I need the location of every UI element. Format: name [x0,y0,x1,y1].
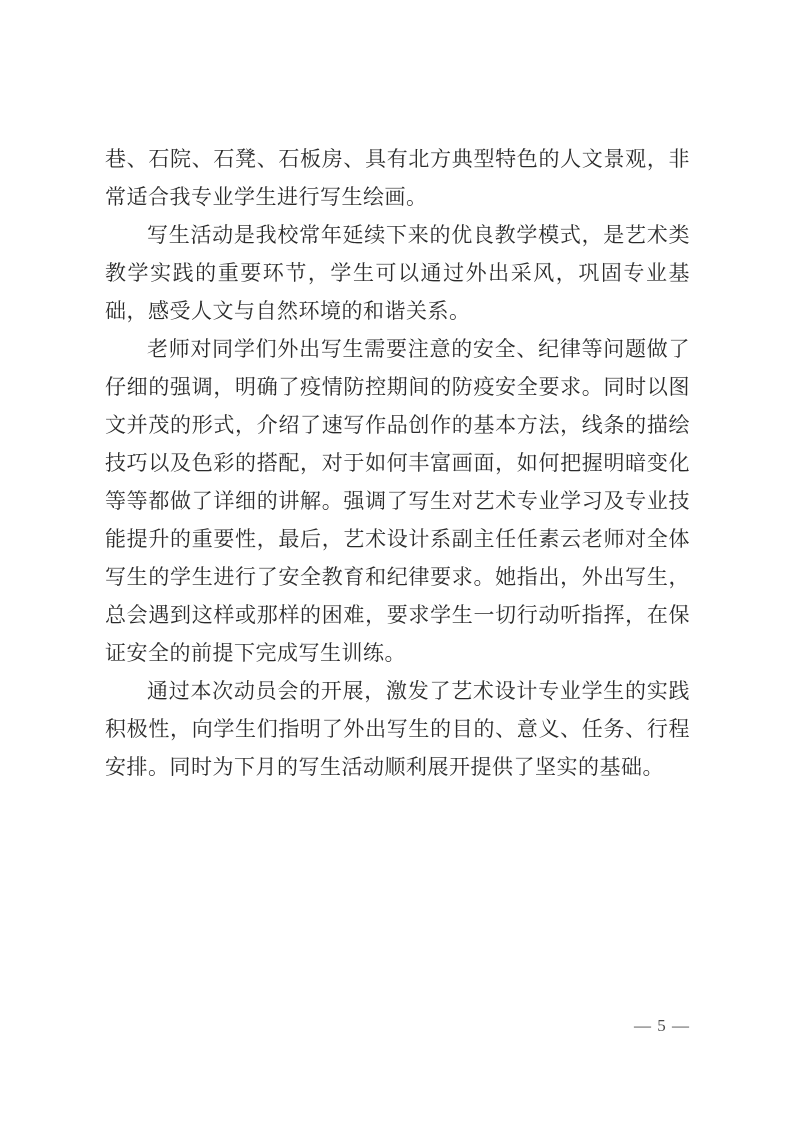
page-number: — 5 — [634,1016,690,1035]
paragraph: 写生活动是我校常年延续下来的优良教学模式，是艺术类教学实践的重要环节，学生可以通… [105,216,690,330]
document-page: 巷、石院、石凳、石板房、具有北方典型特色的人文景观，非常适合我专业学生进行写生绘… [0,0,793,1122]
page-footer: — 5 — [105,1014,690,1038]
paragraph: 通过本次动员会的开展，激发了艺术设计专业学生的实践积极性，向学生们指明了外出写生… [105,672,690,786]
paragraph: 巷、石院、石凳、石板房、具有北方典型特色的人文景观，非常适合我专业学生进行写生绘… [105,140,690,216]
document-body-text: 巷、石院、石凳、石板房、具有北方典型特色的人文景观，非常适合我专业学生进行写生绘… [105,140,690,786]
paragraph: 老师对同学们外出写生需要注意的安全、纪律等问题做了仔细的强调，明确了疫情防控期间… [105,330,690,672]
